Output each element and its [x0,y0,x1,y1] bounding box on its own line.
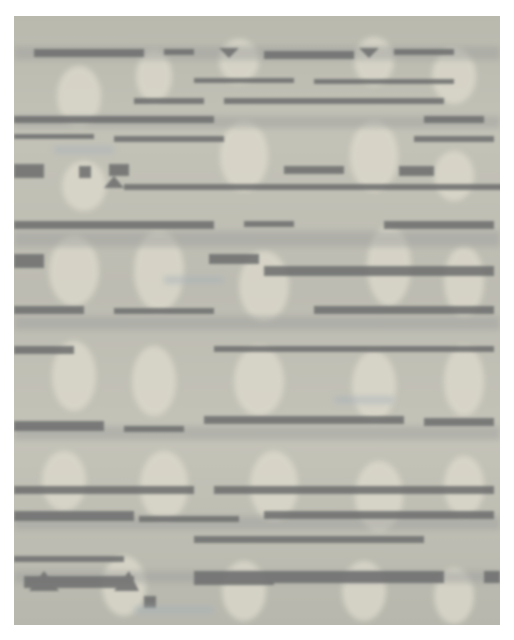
rug-pattern [14,16,500,625]
rug [14,16,500,625]
